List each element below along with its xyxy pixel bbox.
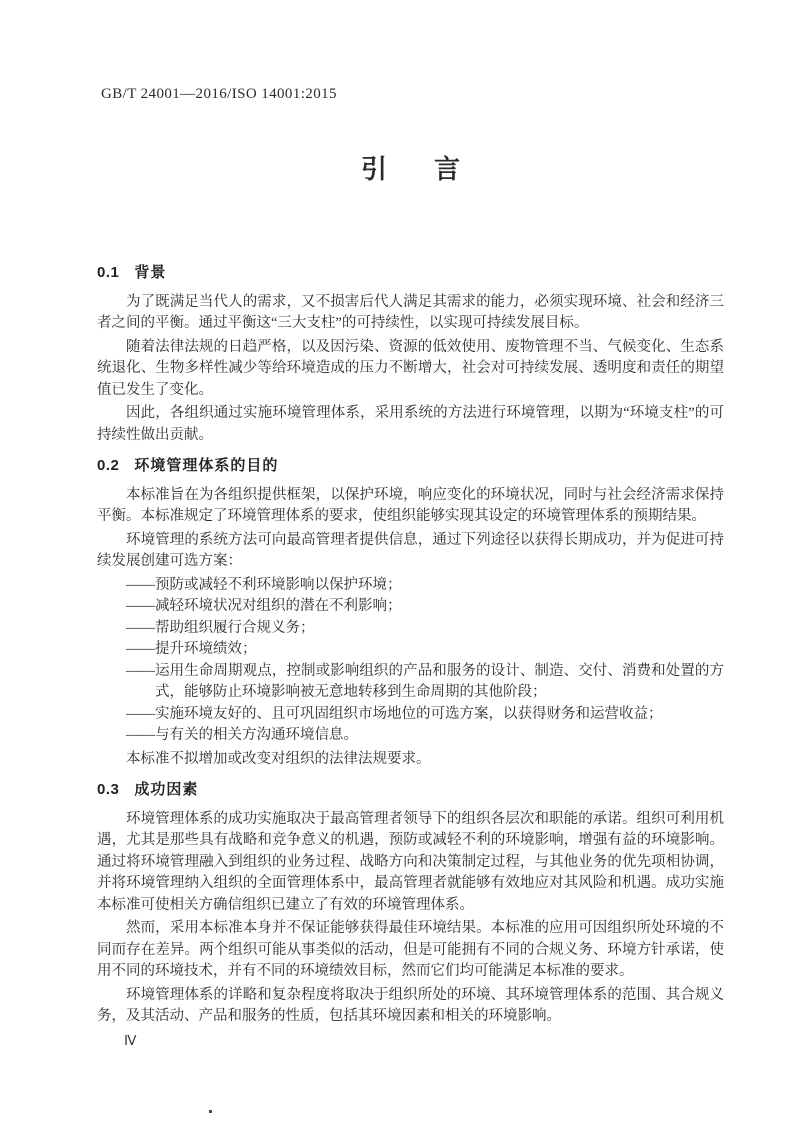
section-heading-purpose: 0.2环境管理体系的目的 [97,455,724,477]
paragraph: 环境管理体系的成功实施取决于最高管理者领导下的组织各层次和职能的承诺。组织可利用… [97,809,724,917]
section-title: 环境管理体系的目的 [134,457,278,474]
page-title-char: 言 [434,149,460,186]
section-title: 背景 [134,264,166,281]
page-title: 引 言 [97,149,724,186]
paragraph: 为了既满足当代人的需求，又不损害后代人满足其需求的能力，必须实现环境、社会和经济… [97,292,724,335]
paragraph: 因此，各组织通过实施环境管理体系，采用系统的方法进行环境管理，以期为“环境支柱”… [97,403,724,446]
dash-list-item: ——运用生命周期观点，控制或影响组织的产品和服务的设计、制造、交付、消费和处置的… [155,661,724,704]
dash-list-item: ——减轻环境状况对组织的潜在不利影响； [155,596,724,618]
paragraph: 本标准不拟增加或改变对组织的法律法规要求。 [97,749,724,771]
document-body: 0.1背景 为了既满足当代人的需求，又不损害后代人满足其需求的能力，必须实现环境… [97,253,724,1053]
dash-list-item: ——提升环境绩效； [155,639,724,661]
section-title: 成功因素 [134,781,198,798]
dash-list-item: ——实施环境友好的、且可巩固组织市场地位的可选方案，以获得财务和运营收益； [155,704,724,726]
doc-header: GB/T 24001—2016/ISO 14001:2015 [101,86,337,103]
paragraph: 环境管理的系统方法可向最高管理者提供信息，通过下列途径以获得长期成功，并为促进可… [97,530,724,573]
section-heading-background: 0.1背景 [97,262,724,284]
paragraph: 然而，采用本标准本身并不保证能够获得最佳环境结果。本标准的应用可因组织所处环境的… [97,918,724,983]
paragraph: 随着法律法规的日趋严格，以及因污染、资源的低效使用、废物管理不当、气候变化、生态… [97,337,724,402]
paragraph: 本标准旨在为各组织提供框架，以保护环境，响应变化的环境状况，同时与社会经济需求保… [97,485,724,528]
dash-list: ——预防或减轻不利环境影响以保护环境； ——减轻环境状况对组织的潜在不利影响； … [97,575,724,747]
page-number: Ⅳ [97,1030,724,1052]
section-number: 0.2 [97,455,119,477]
dash-list-item: ——帮助组织履行合规义务； [155,618,724,640]
dash-list-item: ——预防或减轻不利环境影响以保护环境； [155,575,724,597]
page-title-char: 引 [361,149,387,186]
scan-ink-dot [209,1110,212,1113]
section-heading-success-factors: 0.3成功因素 [97,779,724,801]
section-number: 0.1 [97,262,119,284]
section-number: 0.3 [97,779,119,801]
paragraph: 环境管理体系的详略和复杂程度将取决于组织所处的环境、其环境管理体系的范围、其合规… [97,985,724,1028]
dash-list-item: ——与有关的相关方沟通环境信息。 [155,725,724,747]
